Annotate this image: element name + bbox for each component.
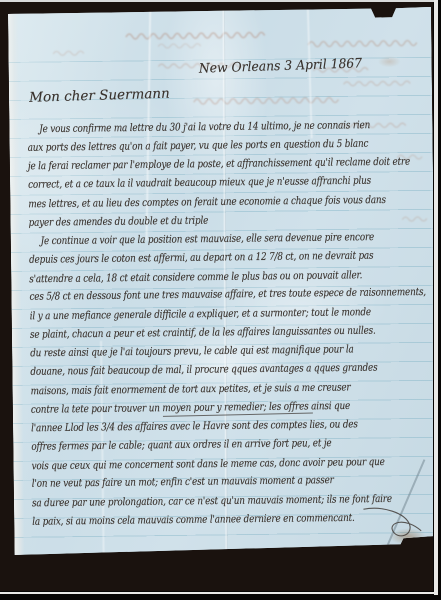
letter-paper: New Orleans 3 April 1867 Mon cher Suerma… [8, 7, 433, 555]
scan-edge-right [434, 0, 438, 595]
scan-edge-bottom [0, 592, 438, 594]
signature-flourish [357, 501, 432, 555]
scanned-letter-photo: New Orleans 3 April 1867 Mon cher Suerma… [0, 0, 441, 600]
letter-body: Je vous confirme ma lettre du 30 j'ai la… [27, 115, 431, 531]
scan-background: New Orleans 3 April 1867 Mon cher Suerma… [0, 2, 433, 591]
scan-edge-top [0, 0, 435, 2]
